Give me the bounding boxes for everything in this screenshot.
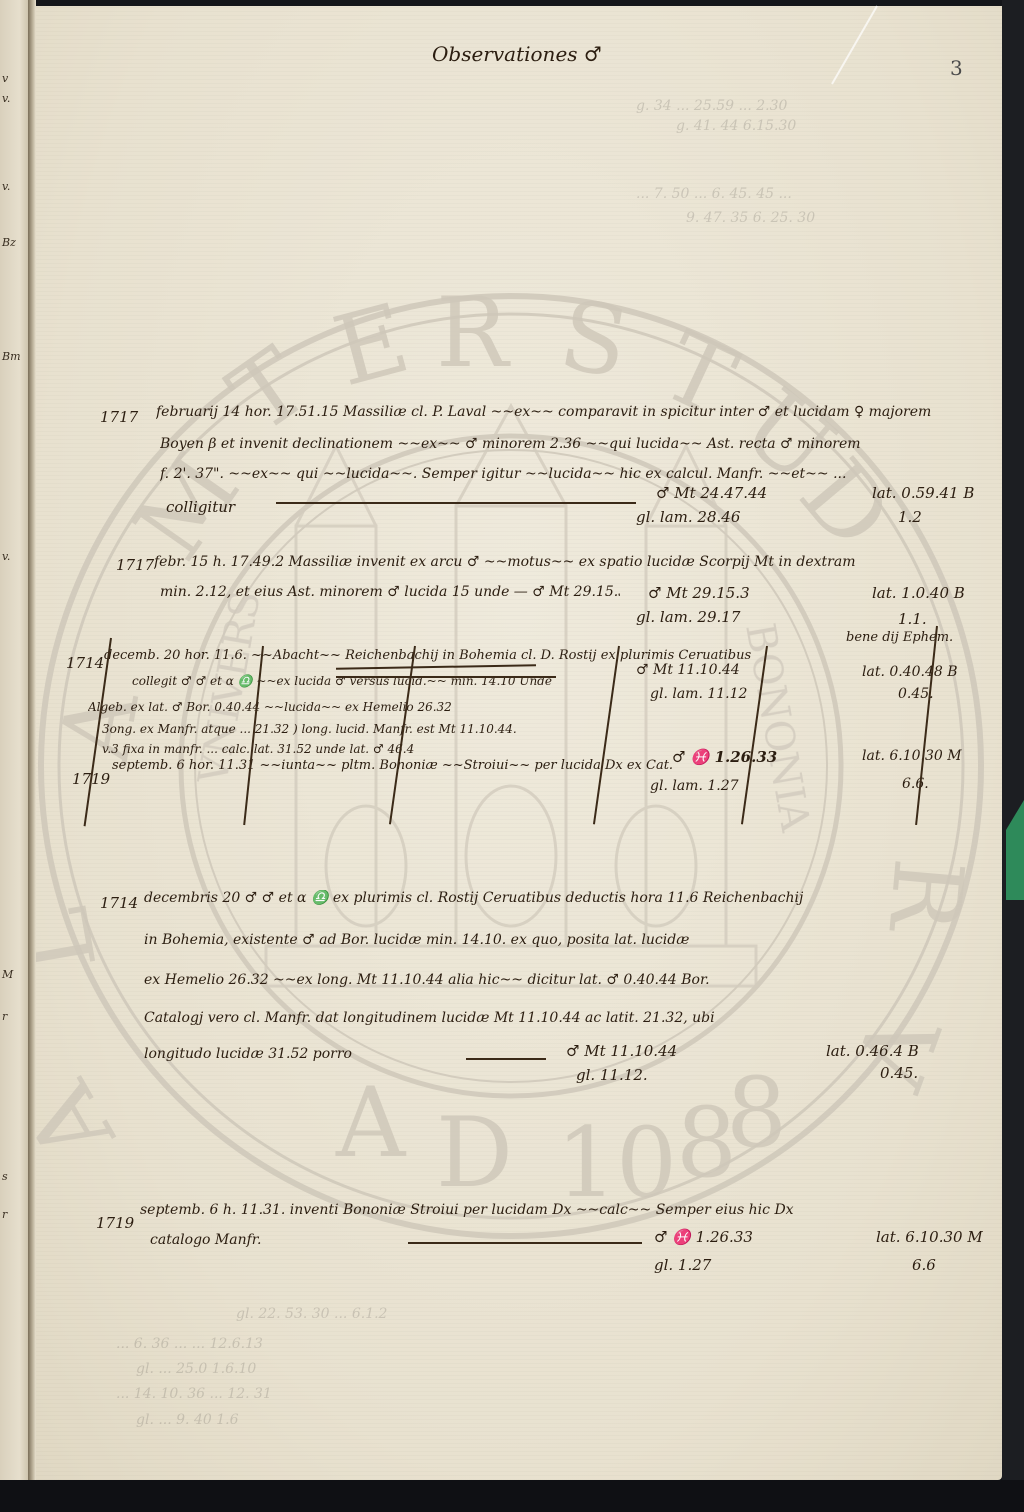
paper-crease: [831, 6, 878, 85]
entry-text-line: Catalogj vero cl. Manfr. dat longitudine…: [144, 1010, 715, 1026]
result-latitude: lat. 0.46.4 B: [826, 1042, 919, 1060]
prev-page-fragment: M: [2, 968, 13, 981]
result-latitude: lat. 0.59.41 B: [872, 484, 974, 502]
bleed-through-text: ... 14. 10. 36 ... 12. 31: [116, 1386, 272, 1402]
page-number: 3: [950, 56, 963, 80]
result-longitude: ♂ Mt 29.15.3: [648, 584, 750, 602]
cross-out-stroke: [915, 626, 937, 825]
entry-text-line: februarij 14 hor. 17.51.15 Massiliæ cl. …: [156, 404, 931, 420]
result-latitude-2: 1.2: [898, 508, 922, 526]
svg-text:R: R: [436, 277, 511, 389]
entry-text-line: septemb. 6 hor. 11.31 ~~iunta~~ pltm. Bo…: [112, 758, 672, 773]
bleed-through-text: ... 6. 36 ... ... 12.6.13: [116, 1336, 263, 1352]
prev-page-fragment: v.: [2, 92, 10, 105]
entry-text-line: catalogo Manfr.: [150, 1232, 261, 1248]
ink-rule: [466, 1058, 546, 1060]
prev-page-fragment: v.: [2, 550, 10, 563]
entry-year: 1717: [116, 556, 154, 574]
result-latitude-2: 0.45.: [880, 1064, 918, 1082]
ink-rule: [276, 502, 636, 504]
entry-text-line: febr. 15 h. 17.49.2 Massiliæ invenit ex …: [154, 554, 856, 570]
result-geocentric: gl. 1.27: [654, 1256, 711, 1274]
bleed-through-text: gl. ... 9. 40 1.6: [136, 1412, 238, 1428]
entry-year: 1714: [100, 894, 138, 912]
previous-page-edge: v v. v. Bz Bm v. M r s r: [0, 0, 29, 1480]
entry-text-line: in Bohemia, existente ♂ ad Bor. lucidæ m…: [144, 932, 689, 948]
prev-page-fragment: v.: [2, 180, 10, 193]
result-geocentric: gl. lam. 28.46: [636, 508, 740, 526]
entry-text-line: septemb. 6 h. 11.31. inventi Bononiæ Str…: [140, 1202, 794, 1218]
result-longitude: ♂ Mt 11.10.44: [566, 1042, 677, 1060]
result-latitude: lat. 0.40.48 B: [862, 664, 958, 680]
result-geocentric: gl. 11.12.: [576, 1066, 648, 1084]
entry-text-line: colligitur: [166, 498, 235, 516]
entry-text-line: f. 2'. 37". ~~ex~~ qui ~~lucida~~. Sempe…: [160, 466, 846, 482]
svg-text:S: S: [552, 278, 636, 400]
bleed-through-text: 9. 47. 35 6. 25. 30: [686, 210, 815, 226]
entry-text-line: decemb. 20 hor. 11.6. ~~Abacht~~ Reichen…: [104, 648, 751, 663]
svg-text:D: D: [436, 1097, 513, 1209]
entry-year: 1717: [100, 408, 138, 426]
result-latitude-2: 6.6.: [902, 776, 929, 792]
result-longitude: ♂ ♓ 1.26.33: [672, 748, 777, 766]
cross-out-stroke: [593, 646, 620, 824]
svg-text:A: A: [335, 1067, 407, 1179]
prev-page-fragment: Bm: [2, 350, 21, 363]
manuscript-page: A M T E R S T U D L A R V A D 1 0 8 8: [36, 6, 1002, 1480]
result-latitude-2: 1.1.: [898, 610, 927, 628]
cross-out-stroke: [741, 646, 768, 824]
prev-page-fragment: s: [2, 1170, 8, 1183]
result-latitude: lat. 1.0.40 B: [872, 584, 965, 602]
margin-note: bene dij Ephem.: [846, 630, 953, 645]
strike-through-line: [336, 664, 536, 669]
bleed-through-text: gl. ... 25.0 1.6.10: [136, 1361, 256, 1377]
result-latitude: lat. 6.10.30 M: [862, 748, 962, 764]
ink-rule: [408, 1242, 642, 1244]
result-latitude: lat. 6.10.30 M: [876, 1228, 983, 1246]
entry-year: 1714: [66, 654, 104, 672]
result-geocentric: gl. lam. 11.12: [650, 686, 747, 702]
bleed-through-text: gl. 22. 53. 30 ... 6.1.2: [236, 1306, 387, 1322]
prev-page-fragment: Bz: [2, 236, 16, 249]
svg-text:R: R: [867, 854, 985, 938]
result-latitude-2: 6.6: [912, 1256, 936, 1274]
book-gutter: [28, 0, 36, 1480]
strike-through-line: [336, 676, 556, 678]
scan-background-right: [1002, 0, 1024, 1512]
svg-text:E: E: [323, 282, 420, 408]
svg-text:8: 8: [726, 1057, 787, 1169]
page-title: Observationes ♂: [432, 42, 602, 66]
entry-year: 1719: [96, 1214, 134, 1232]
result-geocentric: gl. lam. 1.27: [650, 778, 739, 794]
entry-text-line: Boyen β et invenit declinationem ~~ex~~ …: [160, 436, 861, 452]
svg-text:A: A: [36, 1063, 136, 1181]
result-longitude: ♂ Mt 11.10.44: [636, 662, 740, 678]
bleed-through-text: g. 41. 44 6.15.30: [676, 118, 796, 134]
result-longitude: ♂ Mt 24.47.44: [656, 484, 767, 502]
svg-text:8: 8: [676, 1087, 737, 1199]
prev-page-fragment: r: [2, 1010, 7, 1023]
result-longitude: ♂ ♓ 1.26.33: [654, 1228, 753, 1246]
entry-text-line: min. 2.12, et eius Ast. minorem ♂ lucida…: [160, 584, 620, 600]
entry-text-line: v.3 fixa in manfr. ... calc. lat. 31.52 …: [102, 742, 414, 756]
entry-text-line: ex Hemelio 26.32 ~~ex long. Mt 11.10.44 …: [144, 972, 710, 988]
entry-text-line: 3ong. ex Manfr. atque ... 21.32 ) long. …: [102, 722, 517, 736]
entry-text-line: Algeb. ex lat. ♂ Bor. 0.40.44 ~~lucida~~…: [88, 700, 452, 714]
svg-text:D: D: [778, 439, 913, 570]
result-geocentric: gl. lam. 29.17: [636, 608, 740, 626]
prev-page-fragment: v: [2, 72, 8, 85]
entry-text-line: decembris 20 ♂ ♂ et α ♎ ex plurimis cl. …: [144, 890, 803, 906]
prev-page-fragment: r: [2, 1208, 7, 1221]
bleed-through-text: ... 7. 50 ... 6. 45. 45 ...: [636, 186, 792, 202]
bleed-through-text: g. 34 ... 25.59 ... 2.30: [636, 98, 787, 114]
entry-text-line: longitudo lucidæ 31.52 porro: [144, 1046, 352, 1062]
scan-background-bottom: [0, 1480, 1024, 1512]
